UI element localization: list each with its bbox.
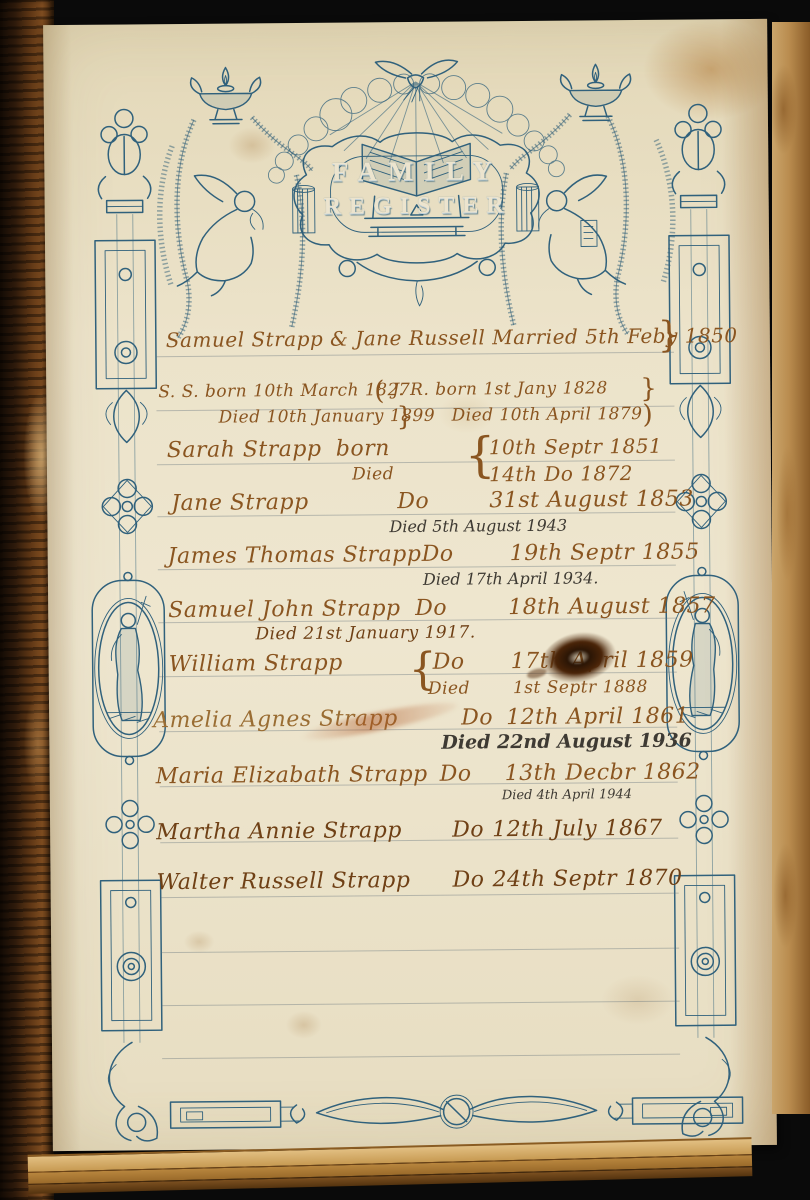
death-note: Died 17th April 1934. <box>423 568 599 589</box>
entry-name: William Strapp <box>169 651 343 678</box>
entry-name: Sarah Strapp <box>167 437 322 463</box>
death-note: Died 5th August 1943 <box>389 516 567 537</box>
father-born: S. S. born 10th March 1827 <box>158 380 410 402</box>
entry-name: Walter Russell Strapp <box>156 868 410 895</box>
brace: } <box>658 318 681 354</box>
child-entry: Walter Russell Strapp Do 24th Septr 1870 <box>162 866 685 933</box>
death-note: Died 21st January 1917. <box>255 622 475 644</box>
entry-name: Samuel John Strapp <box>168 596 401 623</box>
entry-birthdate: 12th April 1861 <box>506 704 689 731</box>
died-label: Died <box>428 678 470 698</box>
entry-label: born <box>336 436 390 461</box>
died-label: Died <box>352 464 394 484</box>
entry-birthdate: 12th July 1867 <box>492 816 663 842</box>
entry-birthdate: 18th August 1857 <box>508 593 716 620</box>
ditto-mark: Do <box>461 705 493 730</box>
ditto-mark: Do <box>415 596 447 621</box>
entry-birthdate: 31st August 1853 <box>489 487 694 514</box>
brace: ( <box>374 378 384 404</box>
register-entries: Samuel Strapp & Jane Russell Married 5th… <box>155 20 687 1151</box>
ditto-mark: Do <box>452 867 484 892</box>
entry-birthdate: 10th Septr 1851 <box>489 434 663 460</box>
brace: ) <box>642 402 652 428</box>
entry-birthdate: 19th Septr 1855 <box>510 539 700 566</box>
ditto-mark: Do <box>422 542 454 567</box>
marriage-text: Samuel Strapp & Jane Russell Married 5th… <box>166 323 738 352</box>
ditto-mark: Do <box>452 817 484 842</box>
entry-deathdate: 14th Do 1872 <box>489 461 633 486</box>
ditto-mark: Do <box>397 489 429 514</box>
ditto-mark: Do <box>440 761 472 786</box>
register-page: FAMILY REGISTER Samuel Strapp & Jane Rus… <box>43 19 777 1151</box>
ditto-mark: Do <box>433 650 465 675</box>
death-note: Died 4th April 1944 <box>502 787 632 803</box>
entry-name: Martha Annie Strapp <box>156 818 402 845</box>
entry-birthdate: 13th Decbr 1862 <box>505 759 701 786</box>
mother-born: J. R. born 1st Jany 1828 <box>392 378 608 400</box>
photo-of-family-bible-page: FAMILY REGISTER Samuel Strapp & Jane Rus… <box>0 0 810 1200</box>
entry-name: Jane Strapp <box>171 490 309 516</box>
entry-birthdate: 24th Septr 1870 <box>492 866 682 893</box>
brace: } <box>396 404 413 430</box>
entry-name: Maria Elizabath Strapp <box>156 762 428 789</box>
mother-died: Died 10th April 1879 <box>451 404 642 426</box>
page-fore-edge <box>772 22 810 1114</box>
entry-name: James Thomas Strapp <box>168 542 422 569</box>
brace: } <box>640 376 657 402</box>
death-note: Died 22nd August 1936 <box>441 730 692 754</box>
